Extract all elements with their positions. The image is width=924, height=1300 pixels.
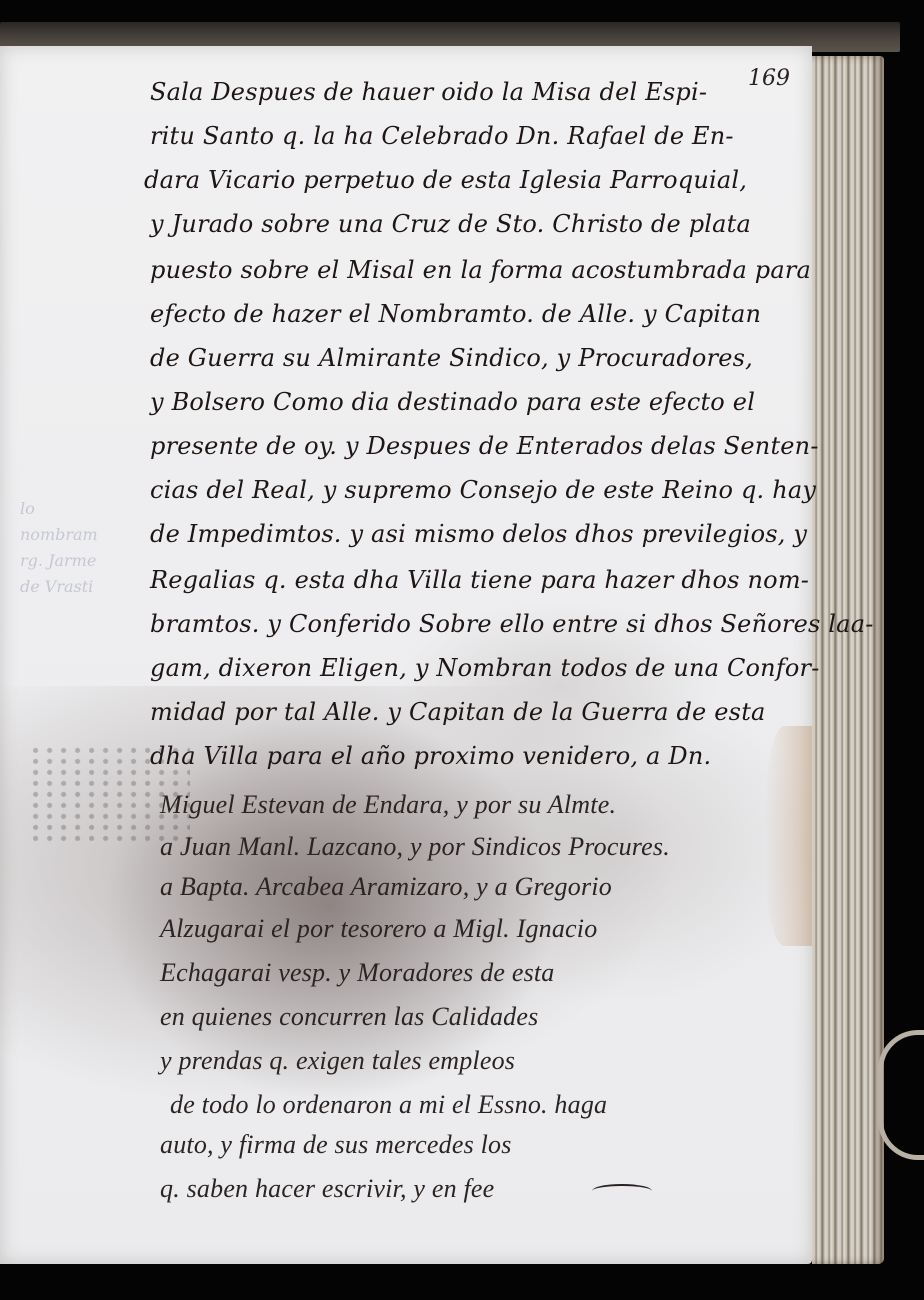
text-line: Echagarai vesp. y Moradores de esta [160,958,555,988]
text-line: midad por tal Alle. y Capitan de la Guer… [150,698,766,726]
bleed-line: de Vrasti [20,574,140,600]
page-fore-edge [812,56,884,1264]
text-line: y prendas q. exigen tales empleos [160,1046,515,1076]
bleed-line: nombram [20,522,140,548]
bleed-through-text: lo nombram rg. Jarme de Vrasti [20,496,140,626]
text-line: y Jurado sobre una Cruz de Sto. Christo … [150,210,751,238]
text-line: de todo lo ordenaron a mi el Essno. haga [170,1090,607,1120]
bleed-line: rg. Jarme [20,548,140,574]
text-line: q. saben hacer escrivir, y en fee [160,1174,494,1204]
binding-tie-string [878,1030,924,1160]
text-line: auto, y firma de sus mercedes los [160,1130,512,1160]
text-line: bramtos. y Conferido Sobre ello entre si… [150,610,874,638]
text-line: de Guerra su Almirante Sindico, y Procur… [150,344,753,372]
text-line: a Juan Manl. Lazcano, y por Sindicos Pro… [160,832,670,862]
text-line: dara Vicario perpetuo de esta Iglesia Pa… [144,166,747,194]
text-line: Regalias q. esta dha Villa tiene para ha… [150,566,809,594]
text-line: gam, dixeron Eligen, y Nombran todos de … [150,654,820,682]
rubric-flourish [592,1184,652,1198]
text-line: Sala Despues de hauer oido la Misa del E… [150,78,707,106]
text-line: puesto sobre el Misal en la forma acostu… [150,256,811,284]
text-line: en quienes concurren las Calidades [160,1002,538,1032]
text-line: cias del Real, y supremo Consejo de este… [150,476,816,504]
text-line: de Impedimtos. y asi mismo delos dhos pr… [150,520,807,548]
text-line: Miguel Estevan de Endara, y por su Almte… [160,790,616,820]
text-line: efecto de hazer el Nombramto. de Alle. y… [150,300,761,328]
text-line: y Bolsero Como dia destinado para este e… [150,388,755,416]
text-line: ritu Santo q. la ha Celebrado Dn. Rafael… [150,122,734,150]
bleed-line: lo [20,496,140,522]
text-line: dha Villa para el año proximo venidero, … [150,742,711,770]
edge-stain [765,726,813,946]
folio-number: 169 [748,66,790,91]
text-line: Alzugarai el por tesorero a Migl. Ignaci… [160,914,597,944]
text-line: a Bapta. Arcabea Aramizaro, y a Gregorio [160,872,612,902]
text-line: presente de oy. y Despues de Enterados d… [150,432,819,460]
